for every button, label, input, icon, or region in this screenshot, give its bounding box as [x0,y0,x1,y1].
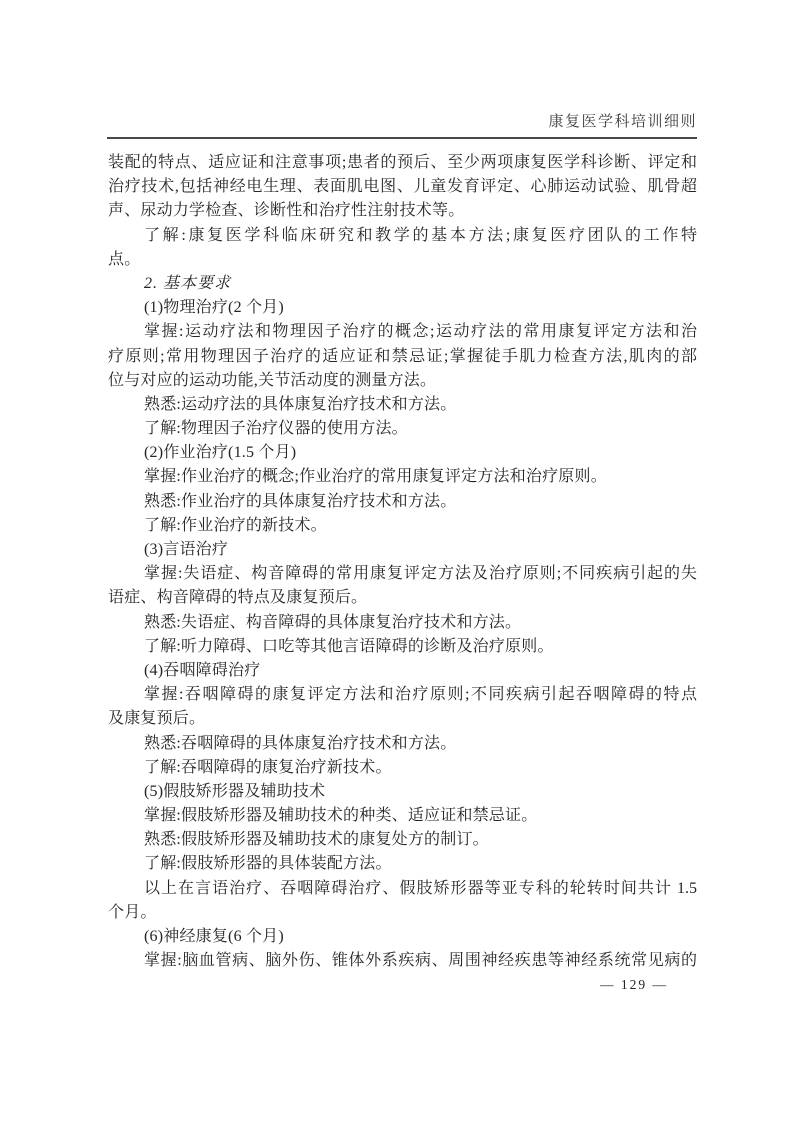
document-body: 装配的特点、适应证和注意事项;患者的预后、至少两项康复医学科诊断、评定和治疗技术… [108,151,697,973]
text-line: (2)作业治疗(1.5 个月) [108,441,697,465]
page-number: — 129 — [107,977,668,993]
text-line: 了解:假肢矫形器的具体装配方法。 [108,852,697,876]
text-line: 掌握:假肢矫形器及辅助技术的种类、适应证和禁忌证。 [108,804,697,828]
text-line: 疗原则;常用物理因子治疗的适应证和禁忌证;掌握徒手肌力检查方法,肌肉的部 [108,345,697,369]
text-line: 治疗技术,包括神经电生理、表面肌电图、儿童发育评定、心肺运动试验、肌骨超 [108,175,697,199]
text-line: 熟悉:作业治疗的具体康复治疗技术和方法。 [108,490,697,514]
text-line: 熟悉:运动疗法的具体康复治疗技术和方法。 [108,393,697,417]
text-line: (1)物理治疗(2 个月) [108,296,697,320]
text-line: (5)假肢矫形器及辅助技术 [108,780,697,804]
text-line: 掌握:作业治疗的概念;作业治疗的常用康复评定方法和治疗原则。 [108,465,697,489]
text-line: 及康复预后。 [108,707,697,731]
text-line: 以上在言语治疗、吞咽障碍治疗、假肢矫形器等亚专科的轮转时间共计 1.5 [108,877,697,901]
text-line: 位与对应的运动功能,关节活动度的测量方法。 [108,369,697,393]
text-line: 了解:吞咽障碍的康复治疗新技术。 [108,756,697,780]
text-line: (6)神经康复(6 个月) [108,925,697,949]
text-line: 熟悉:失语症、构音障碍的具体康复治疗技术和方法。 [108,611,697,635]
text-line: (3)言语治疗 [108,538,697,562]
text-line: 掌握:运动疗法和物理因子治疗的概念;运动疗法的常用康复评定方法和治 [108,320,697,344]
text-line: 了解:听力障碍、口吃等其他言语障碍的诊断及治疗原则。 [108,635,697,659]
text-line: 个月。 [108,901,697,925]
running-header-title: 康复医学科培训细则 [107,110,697,131]
header-rule [107,137,697,139]
text-line: 装配的特点、适应证和注意事项;患者的预后、至少两项康复医学科诊断、评定和 [108,151,697,175]
text-line: 了解:康复医学科临床研究和教学的基本方法;康复医疗团队的工作特 [108,224,697,248]
text-line: (4)吞咽障碍治疗 [108,659,697,683]
text-line: 掌握:失语症、构音障碍的常用康复评定方法及治疗原则;不同疾病引起的失 [108,562,697,586]
document-page: 康复医学科培训细则 装配的特点、适应证和注意事项;患者的预后、至少两项康复医学科… [0,0,800,1131]
text-line: 2. 基本要求 [108,272,697,296]
text-line: 声、尿动力学检查、诊断性和治疗性注射技术等。 [108,199,697,223]
text-line: 点。 [108,248,697,272]
text-line: 语症、构音障碍的特点及康复预后。 [108,586,697,610]
text-line: 掌握:吞咽障碍的康复评定方法和治疗原则;不同疾病引起吞咽障碍的特点 [108,683,697,707]
text-line: 了解:作业治疗的新技术。 [108,514,697,538]
text-line: 了解:物理因子治疗仪器的使用方法。 [108,417,697,441]
text-line: 熟悉:吞咽障碍的具体康复治疗技术和方法。 [108,732,697,756]
text-line: 掌握:脑血管病、脑外伤、锥体外系疾病、周围神经疾患等神经系统常见病的 [108,949,697,973]
text-line: 熟悉:假肢矫形器及辅助技术的康复处方的制订。 [108,828,697,852]
